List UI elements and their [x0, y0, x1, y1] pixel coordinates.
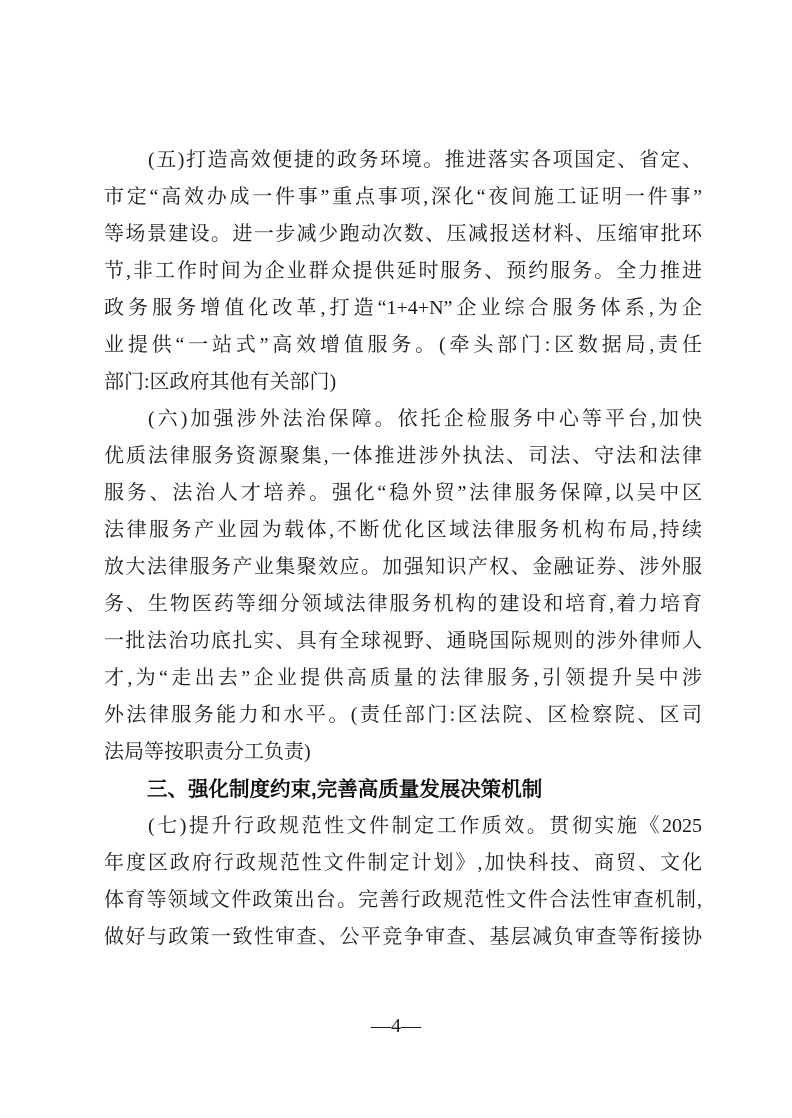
document-body: (五)打造高效便捷的政务环境。推进落实各项国定、省定、 市定“高效办成一件事”重… — [104, 142, 702, 956]
text-line: 部门:区政府其他有关部门) — [104, 364, 702, 401]
text-line: 年度区政府行政规范性文件制定计划》,加快科技、商贸、文化 — [104, 845, 702, 882]
text-line: 放大法律服务产业集聚效应。加强知识产权、金融证券、涉外服 — [104, 549, 702, 586]
text-line: 服务、法治人才培养。强化“稳外贸”法律服务保障,以吴中区 — [104, 475, 702, 512]
text-line: 等场景建设。进一步减少跑动次数、压减报送材料、压缩审批环 — [104, 216, 702, 253]
text-line: 体育等领域文件政策出台。完善行政规范性文件合法性审查机制, — [104, 882, 702, 919]
text-line: 才,为“走出去”企业提供高质量的法律服务,引领提升吴中涉 — [104, 660, 702, 697]
page-number: —4— — [0, 1008, 792, 1045]
text-line: 优质法律服务资源聚集,一体推进涉外执法、司法、守法和法律 — [104, 438, 702, 475]
text-line: 法律服务产业园为载体,不断优化区域法律服务机构布局,持续 — [104, 512, 702, 549]
text-line: 一批法治功底扎实、具有全球视野、通晓国际规则的涉外律师人 — [104, 623, 702, 660]
text-line: (六)加强涉外法治保障。依托企检服务中心等平台,加快 — [104, 401, 702, 438]
paragraph-section-7: (七)提升行政规范性文件制定工作质效。贯彻实施《2025 年度区政府行政规范性文… — [104, 808, 702, 956]
text-line: 外法律服务能力和水平。(责任部门:区法院、区检察院、区司 — [104, 697, 702, 734]
document-page: (五)打造高效便捷的政务环境。推进落实各项国定、省定、 市定“高效办成一件事”重… — [0, 0, 792, 1118]
text-line: 市定“高效办成一件事”重点事项,深化“夜间施工证明一件事” — [104, 179, 702, 216]
text-line: 务、生物医药等细分领域法律服务机构的建设和培育,着力培育 — [104, 586, 702, 623]
text-line: (五)打造高效便捷的政务环境。推进落实各项国定、省定、 — [104, 142, 702, 179]
paragraph-section-5: (五)打造高效便捷的政务环境。推进落实各项国定、省定、 市定“高效办成一件事”重… — [104, 142, 702, 401]
text-line: (七)提升行政规范性文件制定工作质效。贯彻实施《2025 — [104, 808, 702, 845]
text-line: 业提供“一站式”高效增值服务。(牵头部门:区数据局,责任 — [104, 327, 702, 364]
text-line: 政务服务增值化改革,打造“1+4+N”企业综合服务体系,为企 — [104, 290, 702, 327]
paragraph-section-6: (六)加强涉外法治保障。依托企检服务中心等平台,加快 优质法律服务资源聚集,一体… — [104, 401, 702, 771]
section-heading: 三、强化制度约束,完善高质量发展决策机制 — [104, 771, 702, 808]
text-line: 节,非工作时间为企业群众提供延时服务、预约服务。全力推进 — [104, 253, 702, 290]
text-line: 法局等按职责分工负责) — [104, 734, 702, 771]
text-line: 做好与政策一致性审查、公平竞争审查、基层减负审查等衔接协 — [104, 919, 702, 956]
